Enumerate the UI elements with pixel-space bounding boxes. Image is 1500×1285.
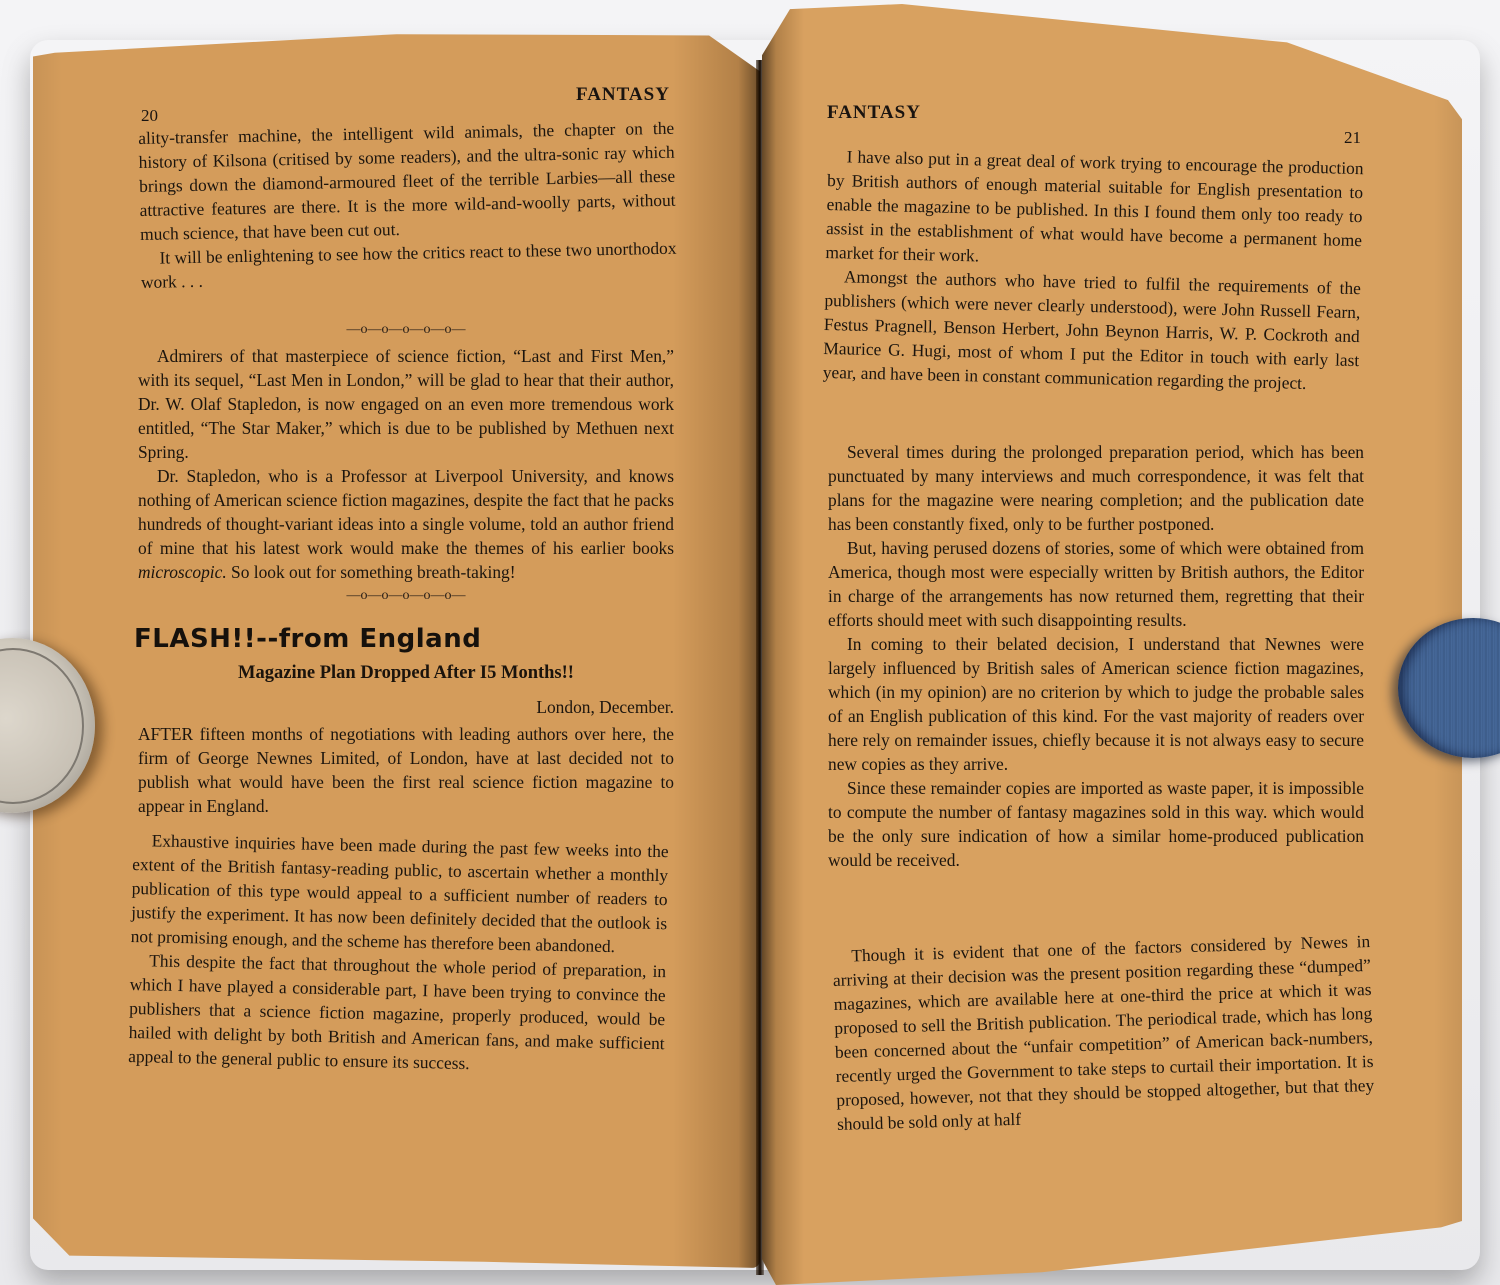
running-head-right: FANTASY <box>827 102 921 124</box>
paragraph: Amongst the authors who have tried to fu… <box>823 264 1362 396</box>
paragraph: ality-transfer machine, the intelligent … <box>138 116 676 246</box>
right-column-bottom: Though it is evident that one of the fac… <box>832 929 1375 1136</box>
paragraph: Several times during the prolonged prepa… <box>828 440 1364 536</box>
paragraph: This despite the fact that throughout th… <box>128 948 666 1079</box>
paragraph: It will be enlightening to see how the c… <box>140 236 677 294</box>
section-separator: —o—o—o—o—o— <box>138 585 674 607</box>
left-column-middle: —o—o—o—o—o— Admirers of that masterpiece… <box>138 318 674 818</box>
italic-word: microscopic. <box>138 562 227 582</box>
paragraph: Though it is evident that one of the fac… <box>832 929 1375 1136</box>
left-column-bottom: Exhaustive inquiries have been made duri… <box>128 828 669 1079</box>
paragraph-text: Dr. Stapledon, who is a Professor at Liv… <box>138 466 674 558</box>
left-page: 20 FANTASY ality-transfer machine, the i… <box>33 28 760 1268</box>
paragraph: AFTER fifteen months of negotiations wit… <box>138 722 674 818</box>
page-number-right: 21 <box>1344 128 1361 148</box>
right-column-middle: Several times during the prolonged prepa… <box>828 440 1364 872</box>
paragraph: Exhaustive inquiries have been made duri… <box>130 828 668 959</box>
paragraph: Dr. Stapledon, who is a Professor at Liv… <box>138 464 674 584</box>
paragraph: Admirers of that masterpiece of science … <box>138 344 674 464</box>
section-separator: —o—o—o—o—o— <box>138 319 674 341</box>
page-number-left: 20 <box>141 106 158 126</box>
flash-subheading: Magazine Plan Dropped After I5 Months!! <box>138 661 674 685</box>
right-column-top: I have also put in a great deal of work … <box>823 144 1364 396</box>
left-column: ality-transfer machine, the intelligent … <box>138 116 677 294</box>
running-head-left: FANTASY <box>576 84 670 106</box>
book-scene: 20 FANTASY ality-transfer machine, the i… <box>0 0 1500 1285</box>
flash-heading: FLASH!!--from England <box>134 623 674 655</box>
right-page: FANTASY 21 I have also put in a great de… <box>762 4 1462 1285</box>
paragraph: I have also put in a great deal of work … <box>825 144 1364 276</box>
dateline: London, December. <box>138 695 674 719</box>
paragraph-tail: So look out for something breath-taking! <box>227 562 516 582</box>
paragraph: But, having perused dozens of stories, s… <box>828 536 1364 632</box>
paragraph: Since these remainder copies are importe… <box>828 776 1364 872</box>
paragraph: In coming to their belated decision, I u… <box>828 632 1364 776</box>
